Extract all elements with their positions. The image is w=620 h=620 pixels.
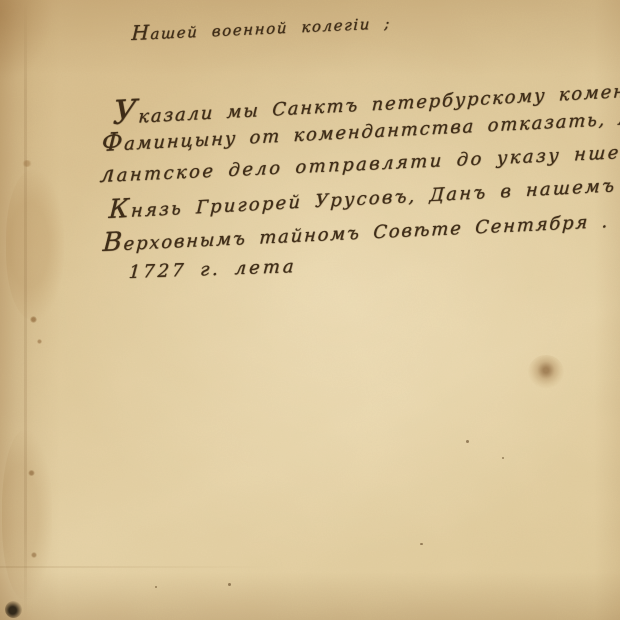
manuscript-page: Нашей военной колегіи ; Указали мы Санкт…: [0, 0, 620, 620]
